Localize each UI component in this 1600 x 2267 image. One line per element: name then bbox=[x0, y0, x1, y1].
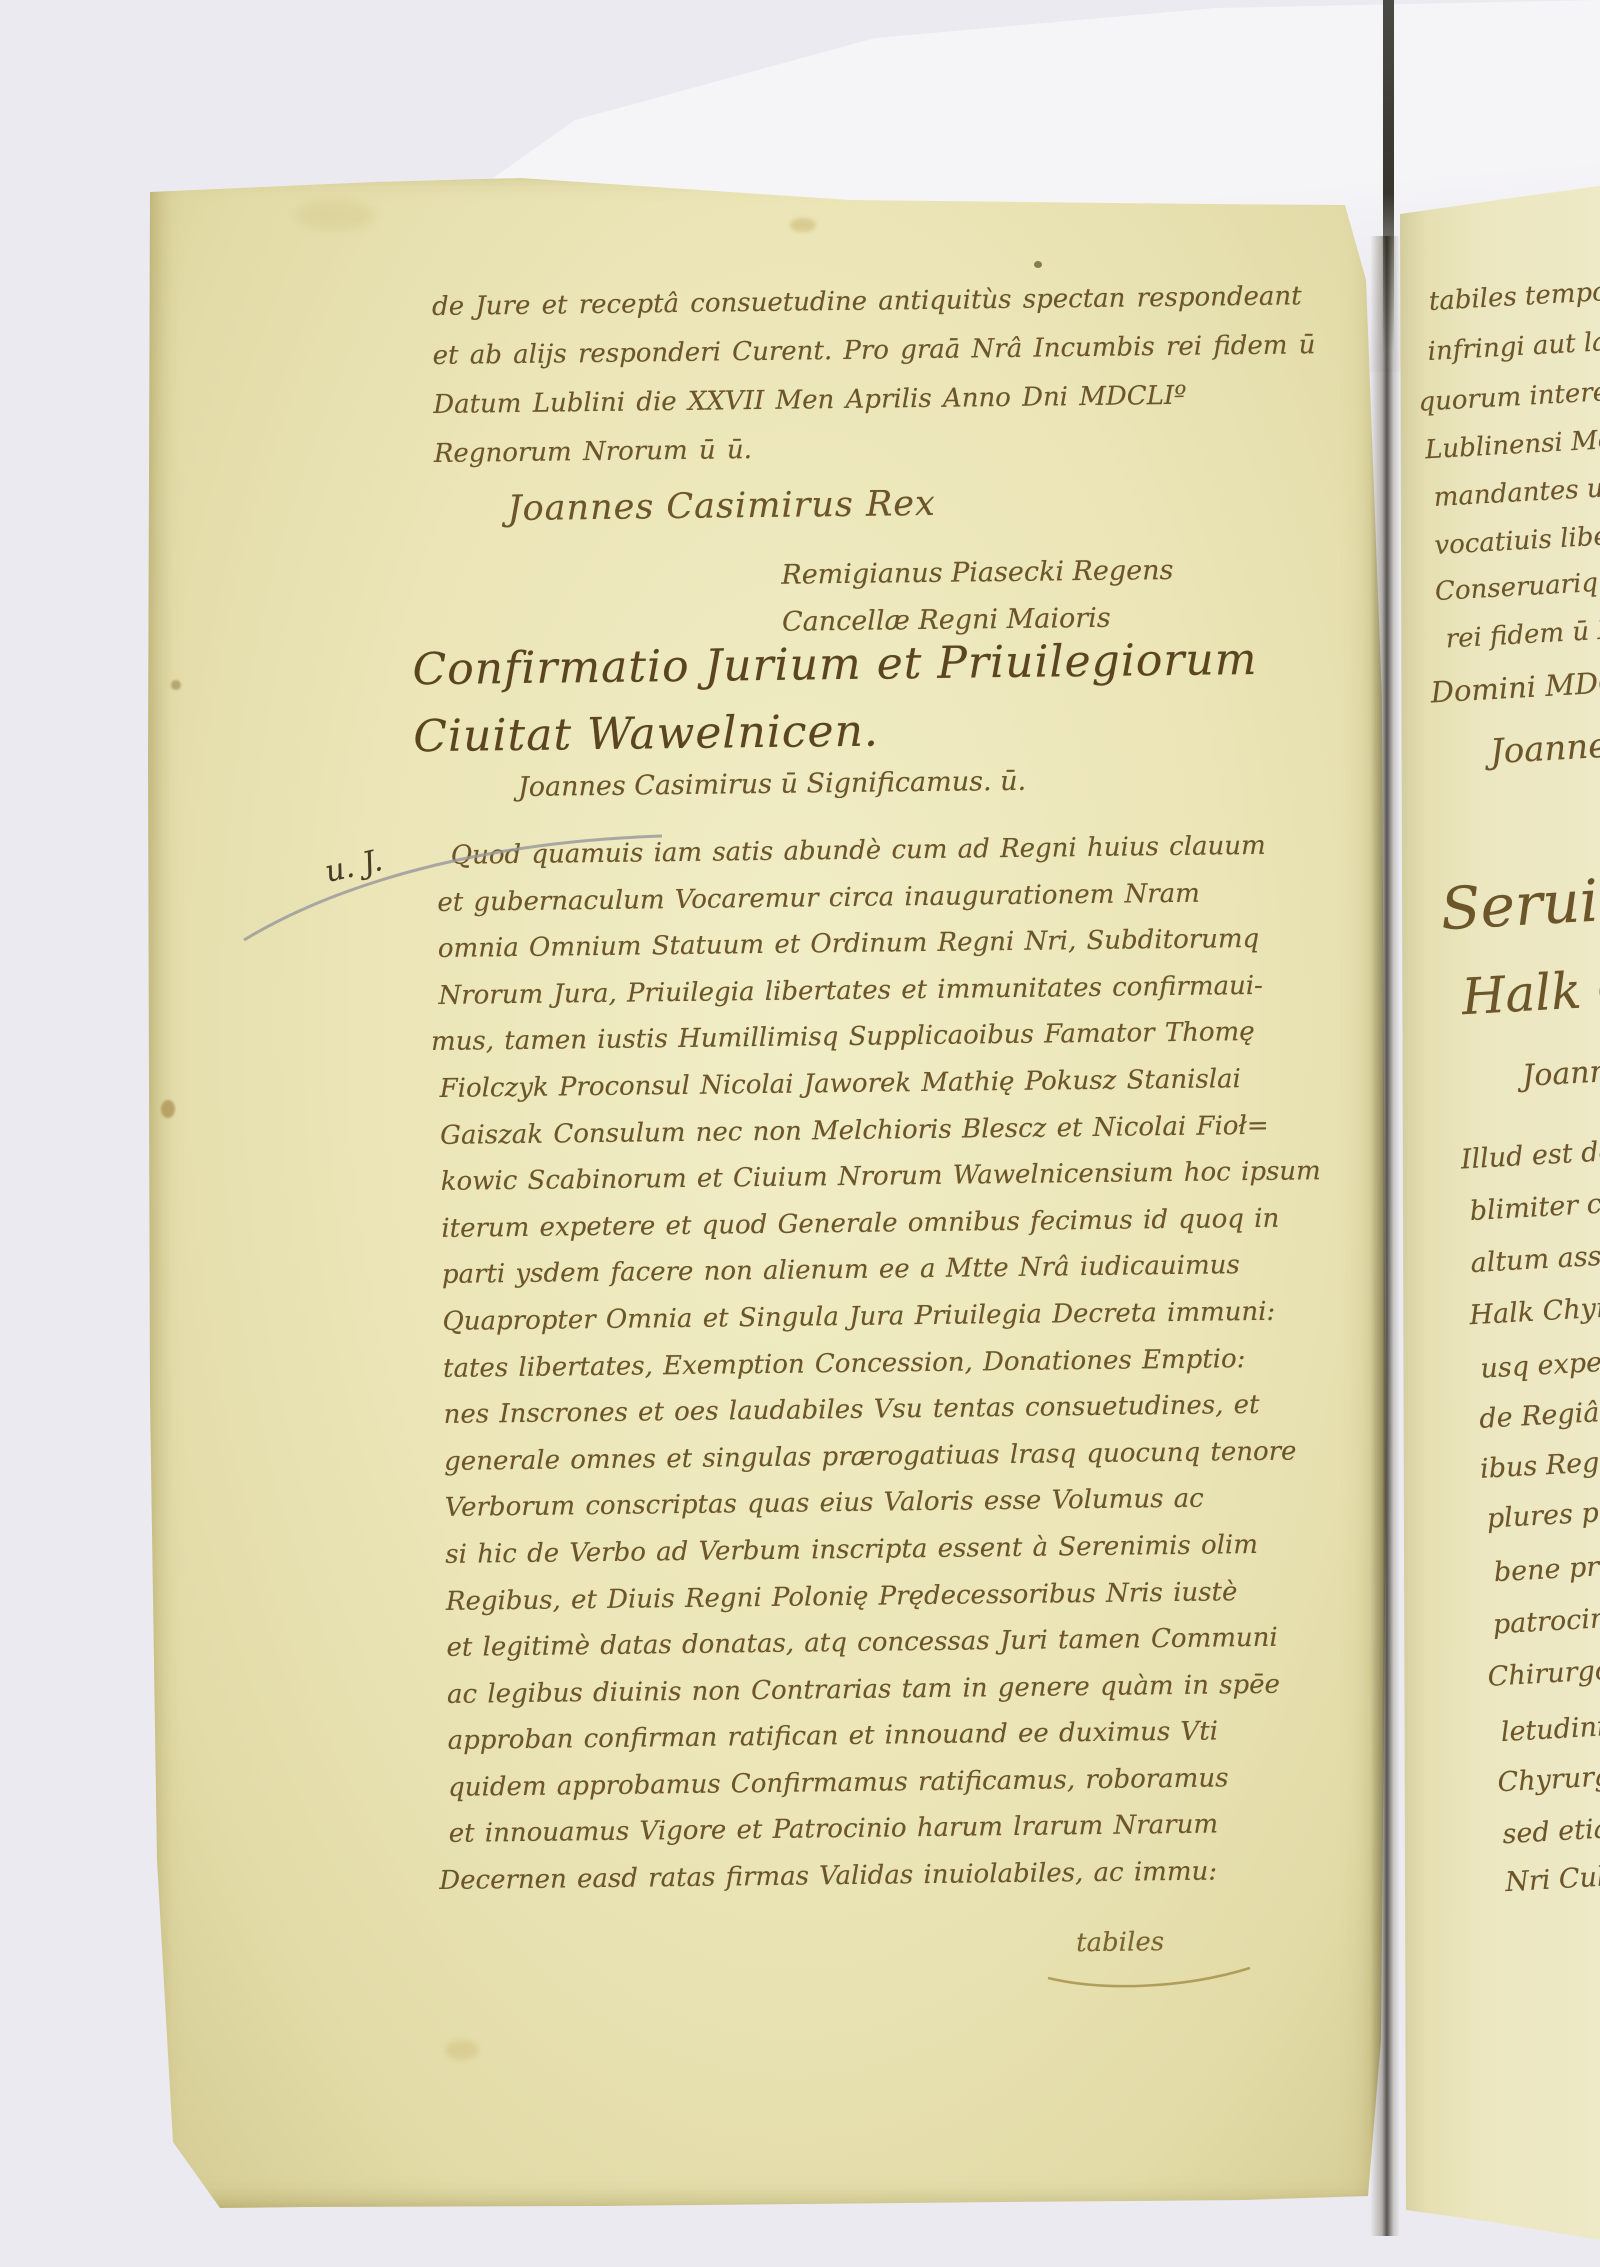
right-page-line: mandantes ut proadu bbox=[1433, 467, 1600, 513]
closing-paragraph: de Jure et receptâ consuetudine antiquit… bbox=[432, 272, 1317, 479]
right-page-line: Joannes C bbox=[1521, 1050, 1600, 1093]
right-page-line: vocatiuis libertatibus bbox=[1434, 516, 1600, 561]
right-page-line: Chirurgo ordini Nro bbox=[1487, 1647, 1600, 1693]
right-page-line: usq experientia ar bbox=[1480, 1340, 1600, 1385]
heading-line: Ciuitat Wawelnicen. bbox=[413, 693, 1259, 770]
right-page-line: infringi aut labefacta bbox=[1427, 322, 1600, 367]
right-page-line: Chyrurgo Nro Re bbox=[1497, 1754, 1600, 1798]
right-page-line: blimiter colatur R bbox=[1469, 1183, 1600, 1228]
right-page-line: plures prestat a bbox=[1486, 1492, 1600, 1535]
right-page-line: Conseruariq et Manu bbox=[1434, 561, 1600, 607]
right-page-line: patrocinium Nrum bbox=[1492, 1595, 1600, 1640]
right-page-line: Lublinensi Moderno Per bbox=[1424, 418, 1600, 466]
chancery-line: Remigianus Piasecki Regens bbox=[781, 547, 1174, 599]
right-page-line: Nri Cubicularij e bbox=[1504, 1854, 1600, 1898]
right-page-line: quorum interest Psertim bbox=[1418, 370, 1600, 418]
right-page-line: Illud est doctrina bbox=[1460, 1131, 1600, 1175]
right-page-line: bene probatum Co bbox=[1493, 1543, 1600, 1588]
right-page-line: Domini MDCLI bbox=[1430, 663, 1600, 709]
right-page-line: Joannes C bbox=[1489, 723, 1600, 773]
right-page-line: letudini Nrâ adsc bbox=[1500, 1704, 1600, 1748]
document-heading: Confirmatio Jurium et PriuilegiorumCiuit… bbox=[412, 626, 1259, 770]
right-page-line: altum asserat. Pro bbox=[1470, 1234, 1600, 1279]
salutation-line: Joannes Casimirus ū Significamus. ū. bbox=[518, 766, 1027, 803]
left-page-text: de Jure et receptâ consuetudine antiquit… bbox=[0, 0, 1600, 2267]
heading-line: Confirmatio Jurium et Priuilegiorum bbox=[412, 626, 1258, 703]
right-page-line: Halk Chyru bbox=[1460, 952, 1600, 1026]
manuscript-scan: de Jure et receptâ consuetudine antiquit… bbox=[0, 0, 1600, 2267]
marginal-annotation: u. J. bbox=[322, 843, 386, 890]
body-line: Decernen easd ratas firmas Validas inuio… bbox=[439, 1847, 1330, 1904]
right-page-line: sed etiam immun bbox=[1502, 1806, 1600, 1850]
closing-line: Regnorum Nrorum ū ū. bbox=[434, 419, 1317, 479]
right-page-line: tabiles temporibus pe bbox=[1428, 271, 1600, 317]
right-page-line: Halk Chyrurgus et bbox=[1469, 1286, 1600, 1331]
right-page-line: de Regiâ hac Nrâ ( bbox=[1478, 1390, 1600, 1435]
right-page-line: rei fidem ū Datum bbox=[1445, 611, 1600, 654]
right-page-line: Seruitora bbox=[1439, 860, 1600, 943]
body-paragraph: Quod quamuis iam satis abundè cum ad Reg… bbox=[437, 822, 1330, 1904]
right-page-line: ibus Regni Nri pro bbox=[1479, 1440, 1600, 1485]
royal-signature: Joannes Casimirus Rex bbox=[507, 484, 936, 529]
catchword: tabiles bbox=[1076, 1927, 1164, 1958]
